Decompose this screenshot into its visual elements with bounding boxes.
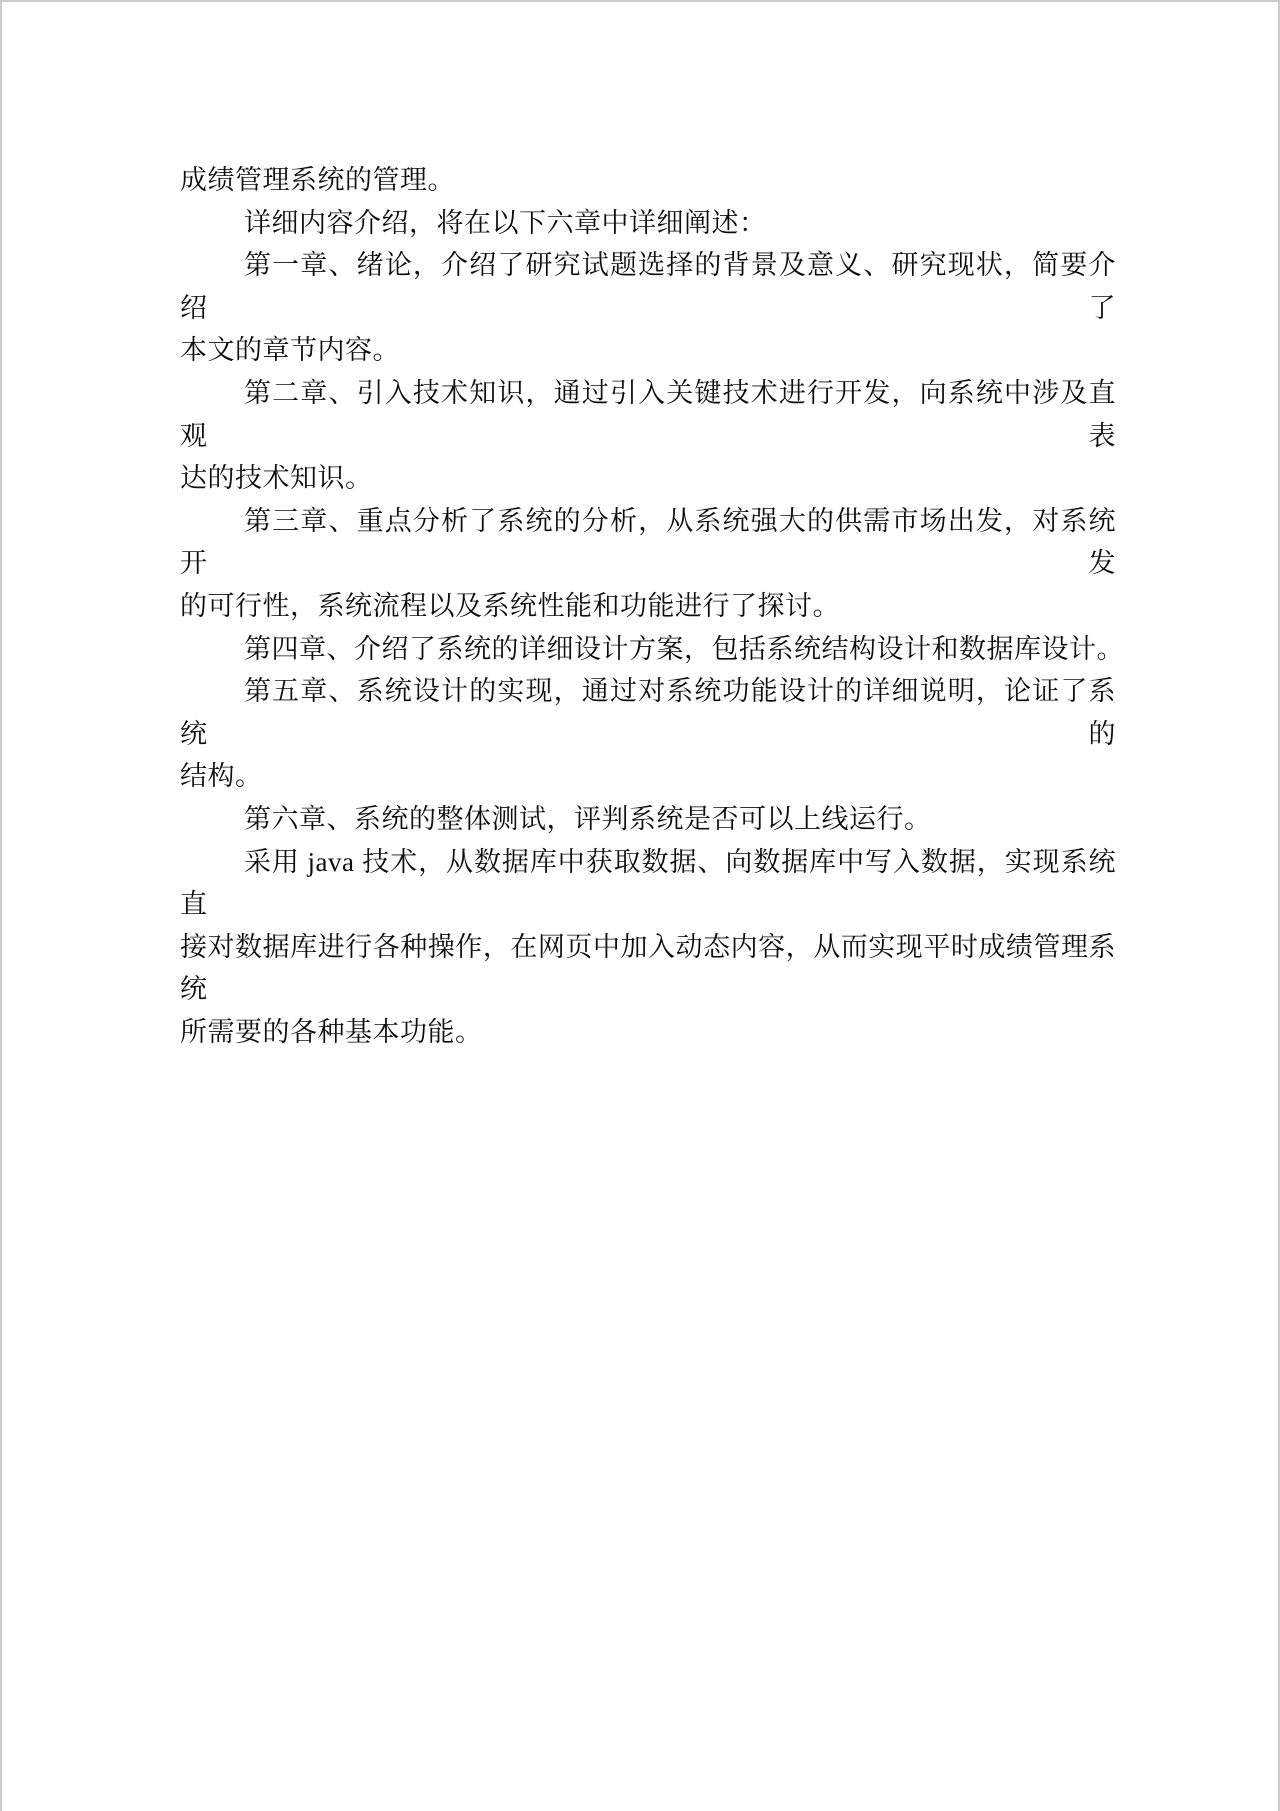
text-line: 本文的章节内容。: [180, 329, 1116, 372]
document-page: 成绩管理系统的管理。详细内容介绍，将在以下六章中详细阐述：第一章、绪论，介绍了研…: [0, 0, 1280, 1811]
text-line: 第三章、重点分析了系统的分析，从系统强大的供需市场出发，对系统开发: [180, 500, 1116, 585]
text-line: 第六章、系统的整体测试，评判系统是否可以上线运行。: [180, 798, 1116, 841]
text-line: 达的技术知识。: [180, 457, 1116, 500]
text-line: 第一章、绪论，介绍了研究试题选择的背景及意义、研究现状，简要介绍了: [180, 244, 1116, 329]
text-line: 详细内容介绍，将在以下六章中详细阐述：: [180, 202, 1116, 245]
document-body: 成绩管理系统的管理。详细内容介绍，将在以下六章中详细阐述：第一章、绪论，介绍了研…: [180, 159, 1116, 1053]
text-line: 第二章、引入技术知识，通过引入关键技术进行开发，向系统中涉及直观表: [180, 372, 1116, 457]
text-line: 所需要的各种基本功能。: [180, 1011, 1116, 1054]
text-line: 结构。: [180, 755, 1116, 798]
text-line: 成绩管理系统的管理。: [180, 159, 1116, 202]
text-line: 第五章、系统设计的实现，通过对系统功能设计的详细说明，论证了系统的: [180, 670, 1116, 755]
text-line: 第四章、介绍了系统的详细设计方案，包括系统结构设计和数据库设计。: [180, 628, 1116, 671]
text-line: 接对数据库进行各种操作，在网页中加入动态内容，从而实现平时成绩管理系统: [180, 926, 1116, 1011]
text-line: 的可行性，系统流程以及系统性能和功能进行了探讨。: [180, 585, 1116, 628]
text-line: 采用 java 技术，从数据库中获取数据、向数据库中写入数据，实现系统直: [180, 841, 1116, 926]
